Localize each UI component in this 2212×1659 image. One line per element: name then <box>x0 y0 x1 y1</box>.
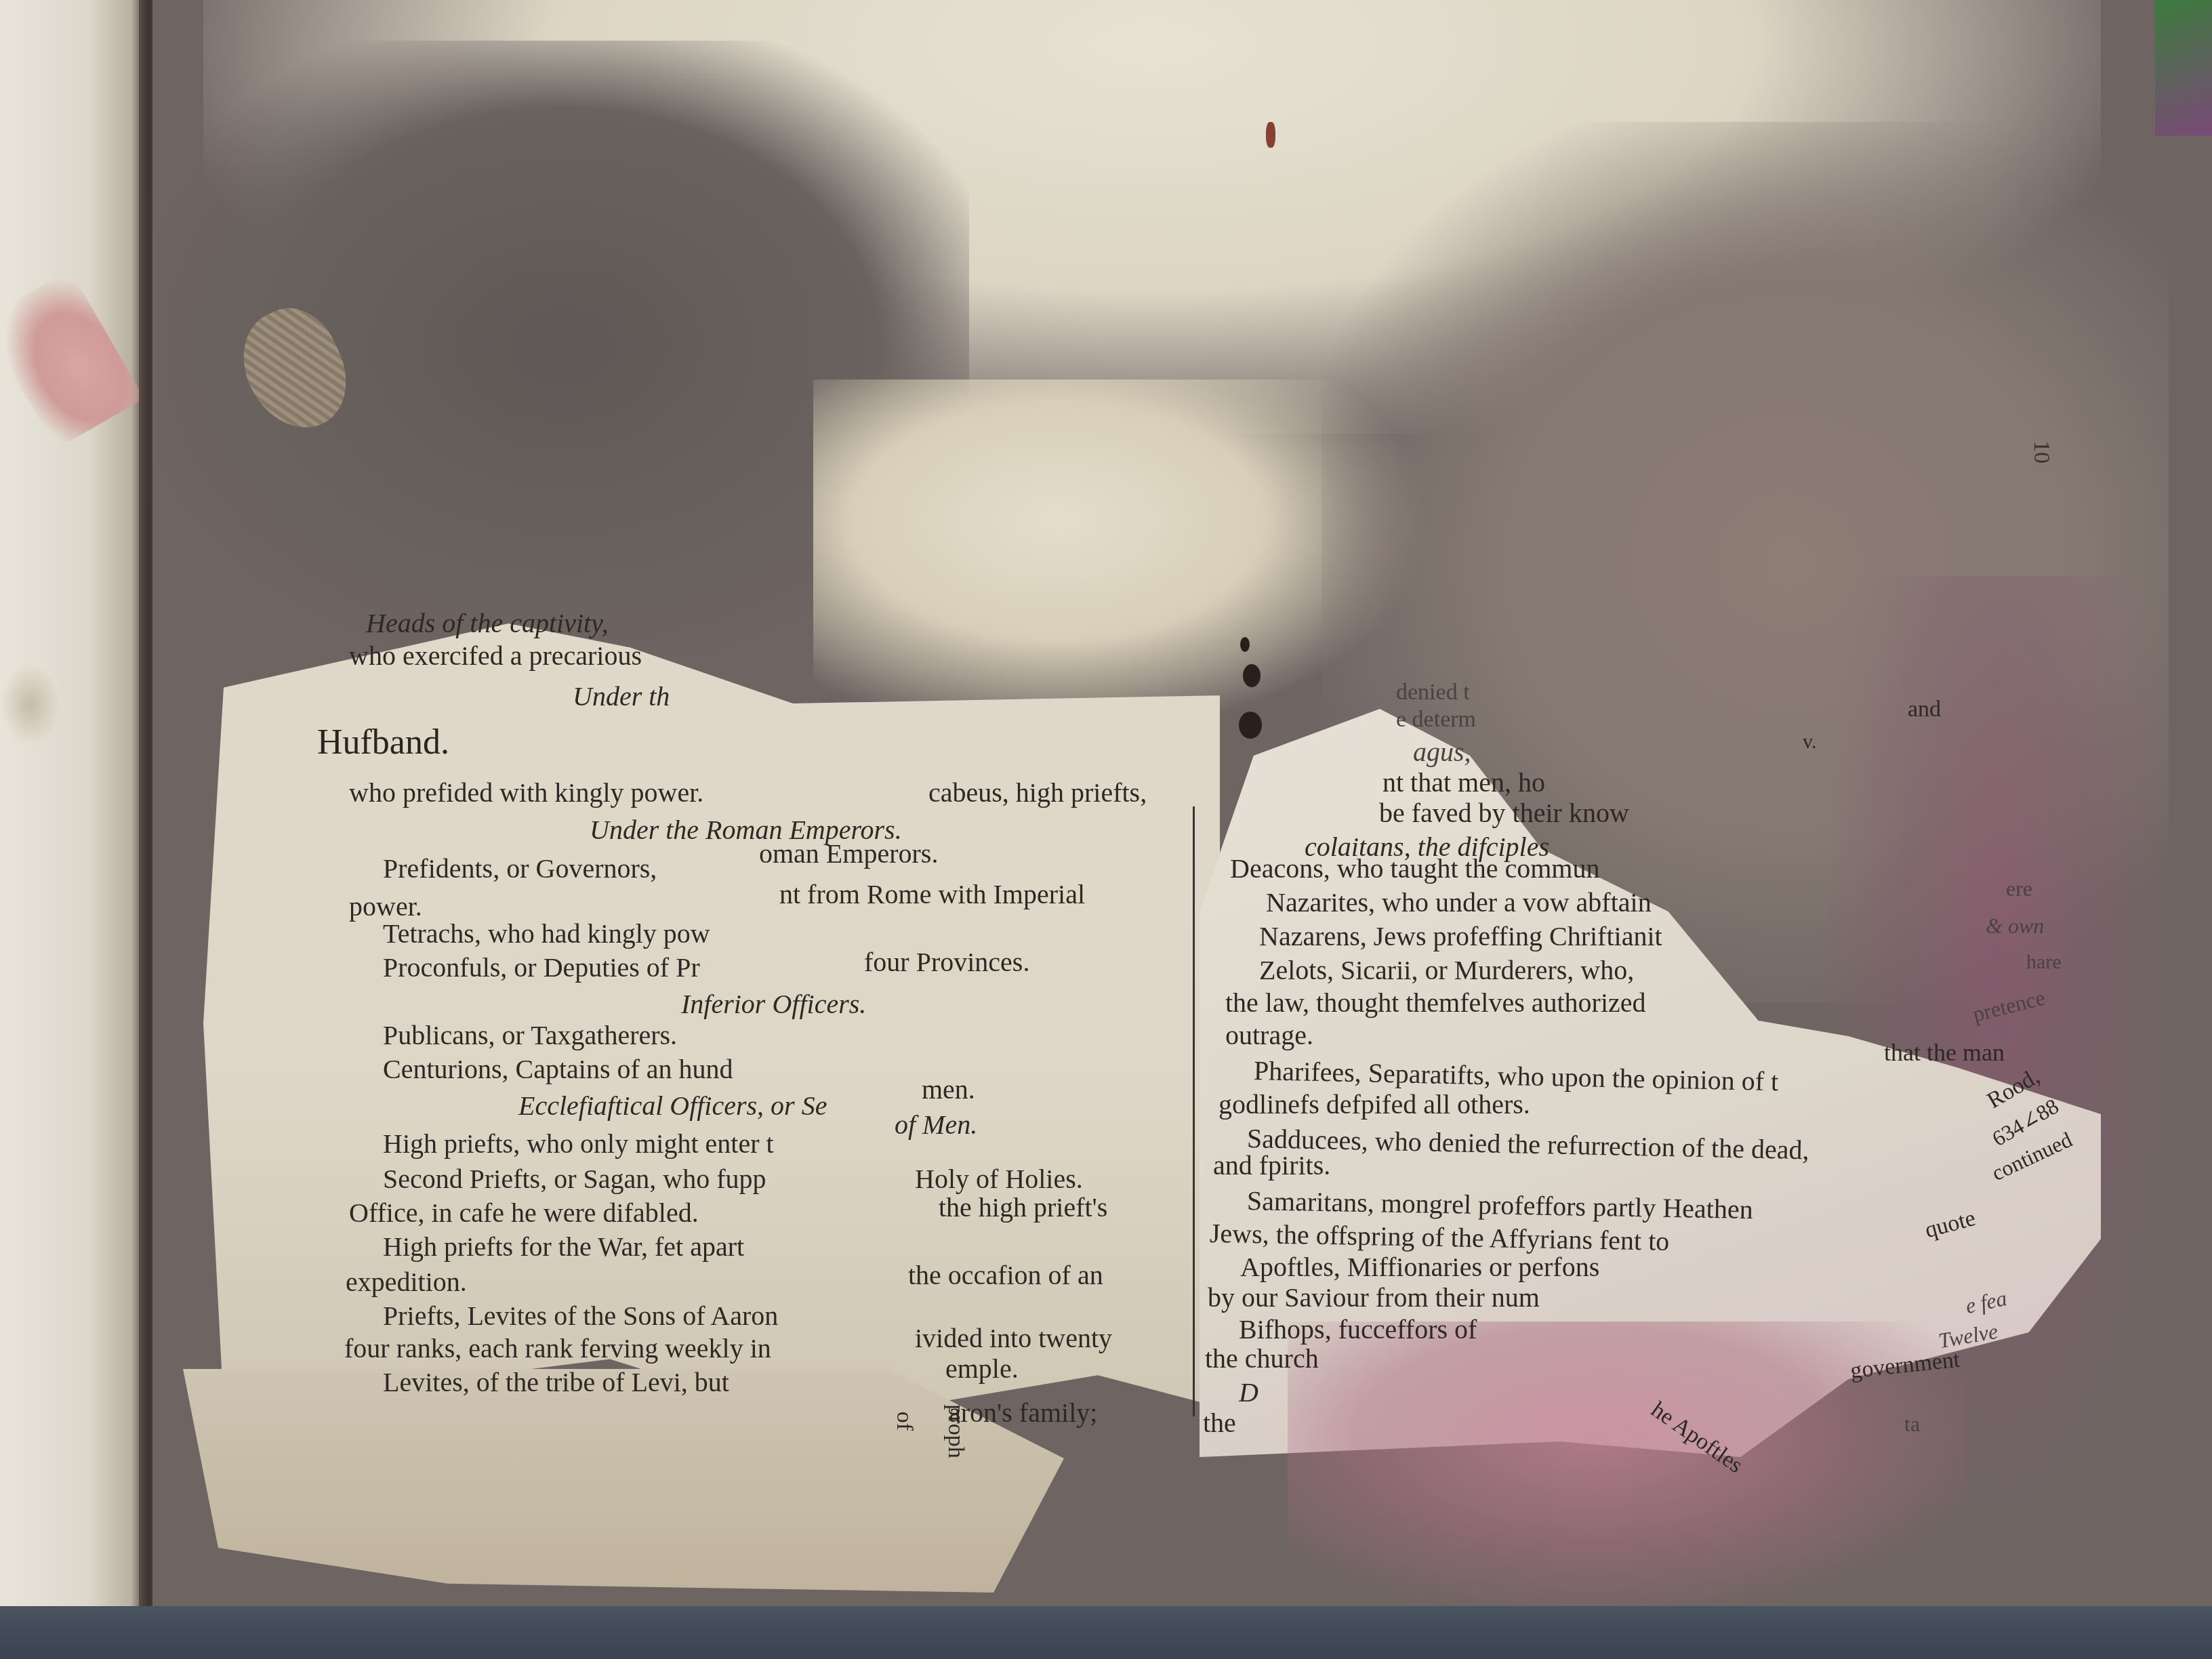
text-fragment: hare <box>2026 952 2062 972</box>
text-line: Apoftles, Miffionaries or perfons <box>1240 1254 1599 1281</box>
text-line: oman Emperors. <box>759 840 938 867</box>
background-cloth <box>2155 0 2212 136</box>
text-line: Heads of the captivity, <box>366 610 609 637</box>
text-line: Publicans, or Taxgatherers. <box>383 1022 677 1049</box>
text-line: Tetrachs, who had kingly pow <box>383 920 710 947</box>
pink-stain <box>0 269 144 449</box>
rotated-fragment: of <box>893 1412 916 1431</box>
text-fragment: agus, <box>1413 739 1471 766</box>
text-line: of Men. <box>895 1111 977 1139</box>
rotated-fragment: proph <box>944 1404 967 1458</box>
text-line: nt from Rome with Imperial <box>779 881 1085 908</box>
text-line: aron's family; <box>949 1399 1097 1427</box>
text-fragment: be faved by their know <box>1379 800 1629 827</box>
text-line: Deacons, who taught the commun <box>1230 855 1599 882</box>
text-line: Proconfuls, or Deputies of Pr <box>383 954 700 981</box>
text-line: Zelots, Sicarii, or Murderers, who, <box>1259 957 1634 984</box>
text-line: outrage. <box>1225 1022 1313 1049</box>
text-fragment: that the man <box>1884 1040 2005 1065</box>
text-line: the high prieft's <box>939 1194 1107 1221</box>
text-line: emple. <box>945 1355 1019 1382</box>
left-page-edge <box>0 0 146 1659</box>
text-fragment: denied t <box>1396 681 1470 704</box>
text-line: cabeus, high priefts, <box>928 779 1147 806</box>
text-line: Priefts, Levites of the Sons of Aaron <box>383 1303 778 1330</box>
text-line: the church <box>1205 1345 1319 1372</box>
text-line: the occafion of an <box>908 1262 1103 1289</box>
text-line: Holy of Holies. <box>915 1166 1083 1193</box>
text-line: who exercifed a precarious <box>349 642 642 670</box>
text-line: Office, in cafe he were difabled. <box>349 1200 699 1227</box>
paper-stain <box>0 664 61 745</box>
section-heading: Hufband. <box>317 725 449 760</box>
text-line: by our Saviour from their num <box>1208 1284 1540 1311</box>
text-line: men. <box>922 1076 975 1103</box>
text-fragment: e determ <box>1396 708 1476 731</box>
text-line: Nazarens, Jews profeffing Chriftianit <box>1259 923 1662 950</box>
margin-number: 10 <box>2030 441 2053 464</box>
text-line: High priefts for the War, fet apart <box>383 1233 744 1261</box>
text-fragment: ta <box>1904 1413 1920 1435</box>
text-line: Nazarites, who under a vow abftain <box>1266 889 1652 916</box>
text-line: godlinefs defpifed all others. <box>1218 1091 1530 1118</box>
text-fragment: v. <box>1803 732 1817 752</box>
text-line: four Provinces. <box>864 949 1029 976</box>
text-line: the law, thought themfelves authorized <box>1225 989 1646 1017</box>
text-line: ivided into twenty <box>915 1325 1112 1352</box>
text-line: and fpirits. <box>1213 1152 1330 1179</box>
text-line: the <box>1203 1410 1236 1437</box>
text-line: Prefidents, or Governors, <box>383 855 657 882</box>
rust-spot <box>1266 122 1275 148</box>
text-fragment: & own <box>1986 915 2044 937</box>
ink-blots <box>1233 637 1274 745</box>
text-line: who prefided with kingly power. <box>349 779 703 806</box>
text-line: Inferior Officers. <box>681 991 866 1018</box>
text-line: Under th <box>573 683 670 710</box>
text-line: Second Priefts, or Sagan, who fupp <box>383 1166 766 1193</box>
text-line: power. <box>349 893 422 920</box>
text-line: Levites, of the tribe of Levi, but <box>383 1369 729 1396</box>
text-line: Centurions, Captains of an hund <box>383 1056 733 1083</box>
text-fragment: ere <box>2006 878 2032 899</box>
text-fragment: and <box>1908 698 1941 721</box>
column-rule <box>1193 806 1195 1416</box>
text-line: Ecclefiaftical Officers, or Se <box>518 1092 827 1120</box>
text-line: four ranks, each rank ferving weekly in <box>344 1335 771 1362</box>
text-fragment: nt that men, ho <box>1382 769 1545 796</box>
text-line: Bifhops, fucceffors of <box>1239 1316 1477 1343</box>
text-line: expedition. <box>346 1269 467 1296</box>
text-line: High priefts, who only might enter t <box>383 1130 774 1158</box>
torn-paper-flap <box>183 1369 1064 1593</box>
table-surface <box>0 1606 2212 1659</box>
text-line: D <box>1239 1379 1258 1406</box>
